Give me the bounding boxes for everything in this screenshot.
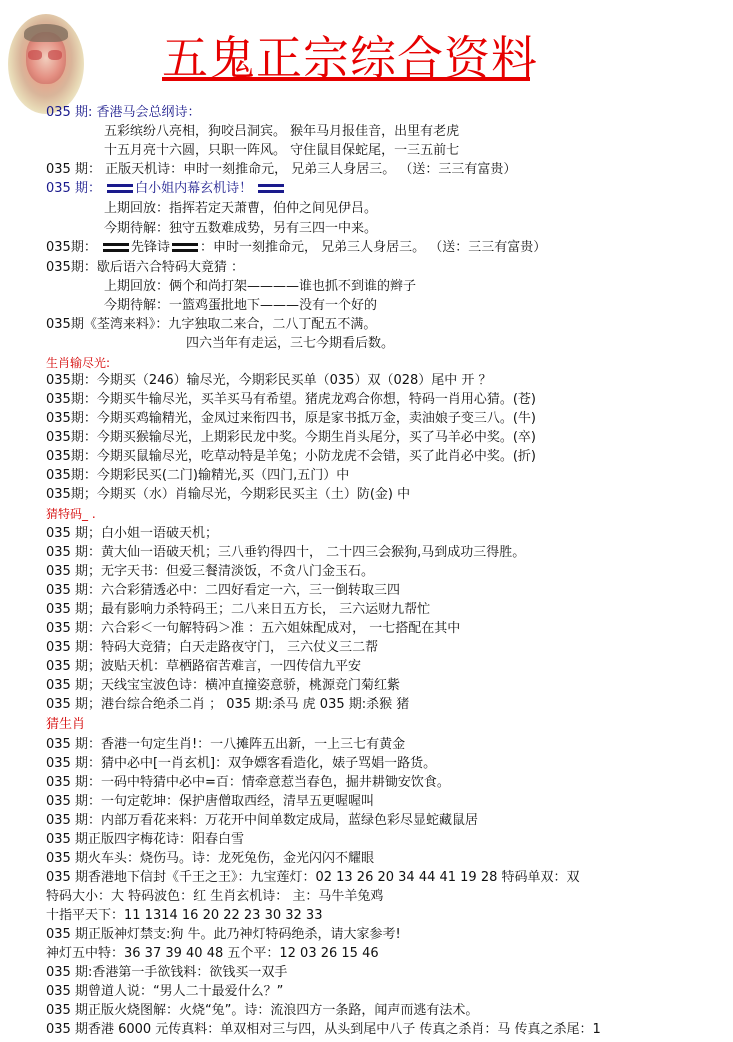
- period-label: 035期：: [46, 240, 97, 255]
- poem-line: 十五月亮十六圆，只职一阵风。 守住鼠目保蛇尾，一三五前七: [104, 142, 459, 160]
- double-bar-icon: [107, 184, 133, 194]
- list-item: 035期：今期彩民买(二门)输精光,买（四门,五门）中: [46, 467, 349, 485]
- list-item: 035期：今期买鼠输尽光，吃草动特是羊兔；小防龙虎不会错，买了此肖必中奖。(折): [46, 448, 536, 466]
- list-item: 035 期：一码中特猜中必中=百：情牵意惹当春色，掘井耕锄安饮食。: [46, 774, 450, 792]
- list-item: 特码大小：大 特码波色：红 生肖玄机诗： 主：马牛羊兔鸡: [46, 888, 383, 906]
- list-item: 035 期香港地下信封《千王之王》：九宝莲灯：02 13 26 20 34 44…: [46, 869, 580, 887]
- list-item: 035 期：香港一句定生肖!：一八摊阵五出新，一上三七有黄金: [46, 736, 405, 754]
- double-bar-icon: [172, 243, 198, 253]
- list-item: 035 期曾道人说：“男人二十最爱什么？”: [46, 983, 283, 1001]
- section-heading-guess-zodiac: 猜生肖: [46, 716, 85, 734]
- list-item: 035 期正版神灯禁支:狗 牛。此乃神灯特码绝杀，请大家参考!: [46, 926, 401, 944]
- poem-line: 五彩缤纷八亮相，狗咬吕洞宾。 猴年马月报佳音，出里有老虎: [104, 123, 459, 141]
- list-item: 035 期:香港第一手欲钱料：欲钱买一双手: [46, 964, 287, 982]
- double-bar-icon: [103, 243, 129, 253]
- avatar-glasses: [28, 50, 64, 60]
- section-heading-guess-special: 猜特码_ .: [46, 505, 96, 523]
- poem-text: ：申时一刻推命元， 兄弟三人身居三。 （送：三三有富贵）: [200, 240, 546, 255]
- list-item: 035 期；无字天书：但爱三餐清淡饭，不贪八门金玉石。: [46, 563, 374, 581]
- list-item: 035 期香港 6000 元传真料：单双相对三与四，从头到尾中八子 传真之杀肖：…: [46, 1021, 601, 1039]
- heading-text: 香港马会总纲诗：: [96, 105, 200, 120]
- list-item: 035 期；天线宝宝波色诗：横冲直撞姿意骄，桃源竞门菊红紫: [46, 677, 400, 695]
- quanwan-line-2: 四六当年有走运，三七今期看后数。: [186, 335, 394, 353]
- replay-line: 上期回放：指挥若定天萧曹，伯仲之间见伊吕。: [104, 200, 377, 218]
- title-underline: [162, 77, 530, 81]
- list-item: 035 期：一句定乾坤：保护唐僧取西经，清早五更喔喔叫: [46, 793, 374, 811]
- tianji-poem-line: 035 期： 正版天机诗：申时一刻推命元， 兄弟三人身居三。 （送：三三有富贵）: [46, 161, 516, 179]
- heading-text: 先锋诗: [131, 240, 170, 255]
- list-item: 035 期：内部万看花来料：万花开中间单数定成局，蓝绿色彩尽显蛇藏鼠居: [46, 812, 478, 830]
- list-item: 035 期：特码大竞猜；白天走路夜守门， 三六仗义三二帮: [46, 639, 378, 657]
- quanwan-line: 035期《荃湾来料》：九字独取二来合，二八丁配五不满。: [46, 316, 376, 334]
- list-item: 十指平天下：11 1314 16 20 22 23 30 32 33: [46, 907, 322, 925]
- list-item: 035 期正版四字梅花诗：阳春白雪: [46, 831, 244, 849]
- line-pioneer-poem: 035期： 先锋诗：申时一刻推命元， 兄弟三人身居三。 （送：三三有富贵）: [46, 239, 546, 257]
- list-item: 035 期：黄大仙一语破天机；三八垂钓得四十， 二十四三会猴狗,马到成功三得胜。: [46, 544, 525, 562]
- list-item: 035期；今期买（水）肖输尽光，今期彩民买主（土）防(金) 中: [46, 486, 410, 504]
- section-heading-zodiac-lose: 生肖输尽光:: [46, 354, 110, 372]
- list-item: 035 期正版火烧图解：火烧“兔”。诗：流浪四方一条路，闻声而逃有法术。: [46, 1002, 478, 1020]
- line-total-poem-heading: 035 期: 香港马会总纲诗：: [46, 104, 200, 122]
- pending-line: 今期待解：一篮鸡蛋批地下———没有一个好的: [104, 297, 377, 315]
- list-item: 035期：今期买鸡输精光，金凤过来衔四书，原是家书抵万金，卖油娘子变三八。(牛): [46, 410, 536, 428]
- heading-text: 白小姐内幕玄机诗！: [135, 181, 252, 196]
- period-label: 035 期:: [46, 105, 92, 120]
- list-item: 035 期；港台综合绝杀二肖 ； 035 期:杀马 虎 035 期:杀猴 猪: [46, 696, 409, 714]
- list-item: 035期：今期买猴输尽光，上期彩民龙中奖。今期生肖头尾分，买了马羊必中奖。(卒): [46, 429, 536, 447]
- list-item: 神灯五中特：36 37 39 40 48 五个平：12 03 26 15 46: [46, 945, 379, 963]
- avatar: [8, 14, 84, 114]
- pending-line: 今期待解：独守五数难成势，另有三四一中来。: [104, 220, 377, 238]
- xiehouyu-line: 035期：歇后语六合特码大竟猜 ：: [46, 259, 244, 277]
- list-item: 035 期：猜中必中[一肖玄机]：双争嫖客看造化，婊子骂娼一路货。: [46, 755, 436, 773]
- replay-line: 上期回放：俩个和尚打架————谁也抓不到谁的辫子: [104, 278, 416, 296]
- list-item: 035期：今期买牛输尽光，买羊买马有希望。猪虎龙鸡合你想，特码一肖用心猜。(苍): [46, 391, 536, 409]
- double-bar-icon: [258, 184, 284, 194]
- line-bai-xiaojie: 035 期： 白小姐内幕玄机诗！: [46, 180, 286, 198]
- list-item: 035 期；波贴天机：草栖路宿苦难言，一四传信九平安: [46, 658, 361, 676]
- list-item: 035 期火车头：烧伤马。诗：龙死兔伤，金光闪闪不耀眼: [46, 850, 374, 868]
- avatar-hair: [24, 24, 68, 42]
- list-item: 035期：今期买（246）输尽光，今期彩民买单（035）双（028）尾中 开 ？: [46, 372, 492, 390]
- list-item: 035 期；最有影响力杀特码王；二八来日五方长， 三六运财九帮忙: [46, 601, 430, 619]
- period-label: 035 期：: [46, 181, 101, 196]
- list-item: 035 期；白小姐一语破天机；: [46, 525, 218, 543]
- list-item: 035 期：六合彩＜一句解特码＞准 ：五六姐妹配成对， 一七搭配在其中: [46, 620, 460, 638]
- list-item: 035 期：六合彩猜透必中：二四好看定一六，三一倒转取三四: [46, 582, 400, 600]
